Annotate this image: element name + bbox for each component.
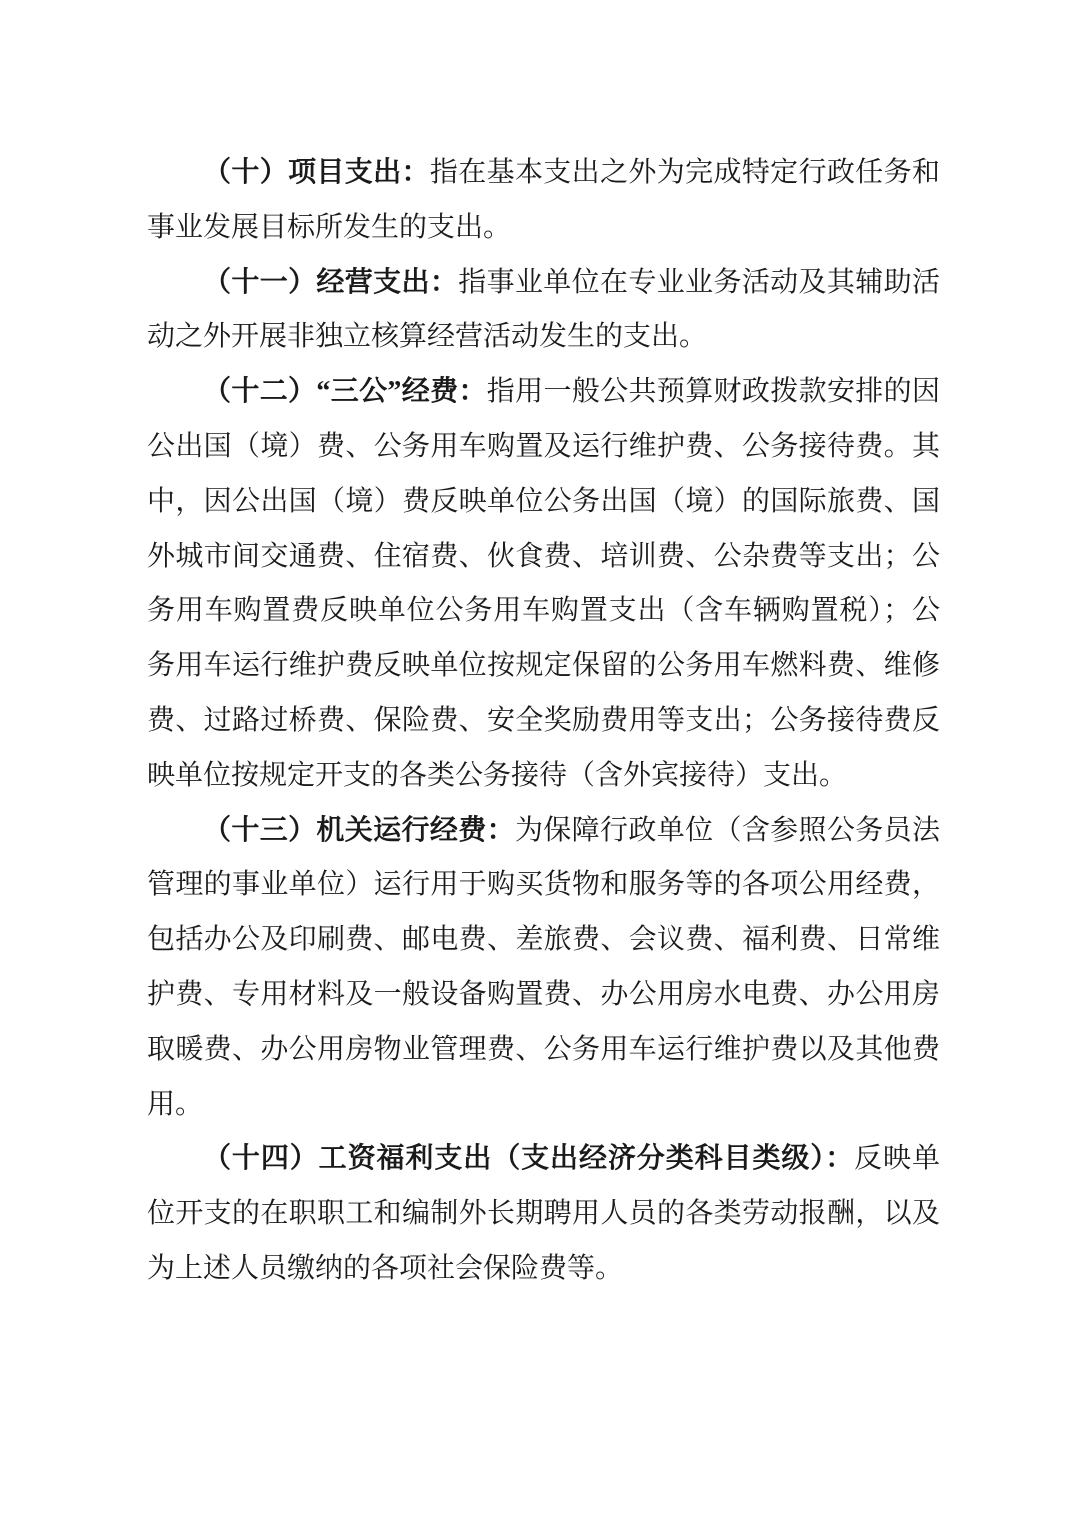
paragraph-item-14: （十四）工资福利支出（支出经济分类科目类级）：反映单位开支的在职职工和编制外长期…	[147, 1132, 940, 1296]
paragraph-heading: （十）项目支出：	[203, 157, 430, 188]
paragraph-heading: （十三）机关运行经费：	[203, 815, 515, 846]
document-content: （十）项目支出：指在基本支出之外为完成特定行政任务和事业发展目标所发生的支出。 …	[147, 146, 940, 1297]
paragraph-heading: （十一）经营支出：	[203, 267, 458, 298]
paragraph-body: 指用一般公共预算财政拨款安排的因公出国（境）费、公务用车购置及运行维护费、公务接…	[147, 376, 940, 791]
paragraph-heading: （十四）工资福利支出（支出经济分类科目类级）：	[203, 1143, 854, 1174]
paragraph-heading: （十二）“三公”经费：	[203, 376, 487, 407]
paragraph-item-13: （十三）机关运行经费：为保障行政单位（含参照公务员法管理的事业单位）运行用于购买…	[147, 804, 940, 1133]
paragraph-item-10: （十）项目支出：指在基本支出之外为完成特定行政任务和事业发展目标所发生的支出。	[147, 146, 940, 256]
paragraph-item-12: （十二）“三公”经费：指用一般公共预算财政拨款安排的因公出国（境）费、公务用车购…	[147, 365, 940, 803]
document-page: （十）项目支出：指在基本支出之外为完成特定行政任务和事业发展目标所发生的支出。 …	[0, 0, 1074, 1520]
paragraph-body: 为保障行政单位（含参照公务员法管理的事业单位）运行用于购买货物和服务等的各项公用…	[147, 815, 940, 1120]
paragraph-item-11: （十一）经营支出：指事业单位在专业业务活动及其辅助活动之外开展非独立核算经营活动…	[147, 256, 940, 366]
